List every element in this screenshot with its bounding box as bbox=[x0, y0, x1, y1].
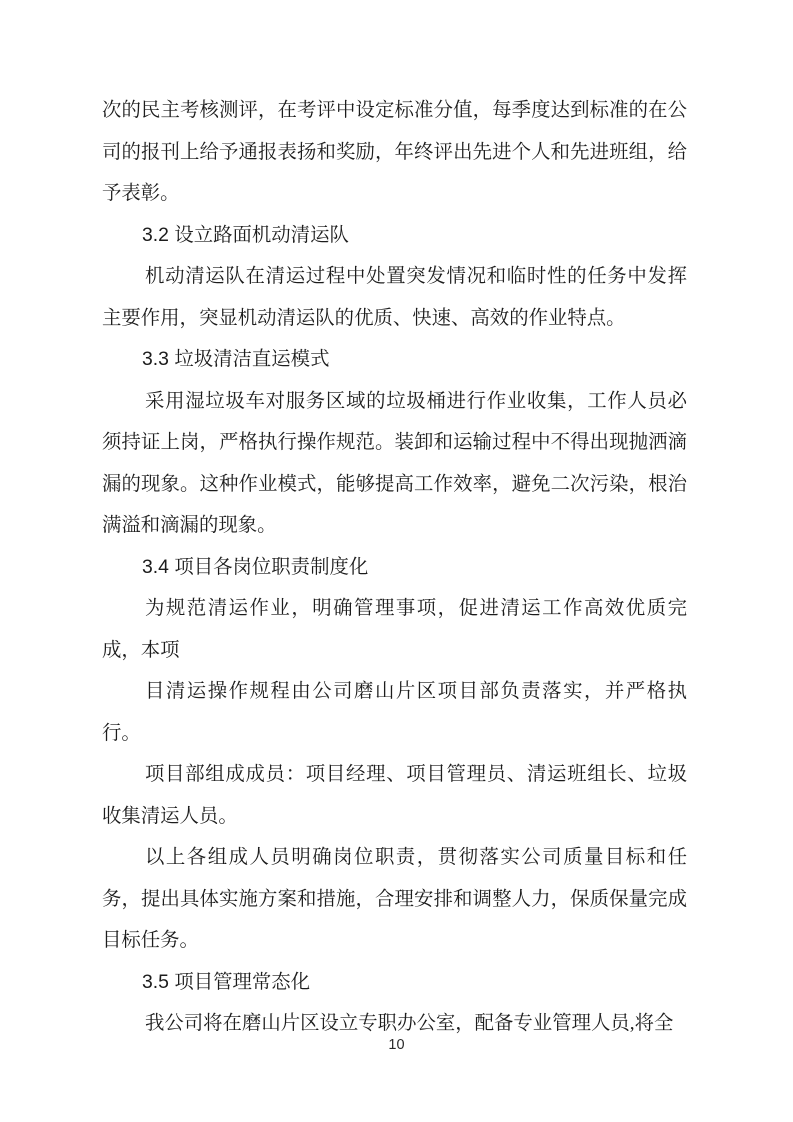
page-number: 10 bbox=[0, 1036, 793, 1054]
section-heading: 3.5 项目管理常态化 bbox=[102, 962, 687, 1004]
paragraph: 次的民主考核测评，在考评中设定标准分值，每季度达到标准的在公司的报刊上给予通报表… bbox=[102, 90, 687, 215]
section-heading: 3.4 项目各岗位职责制度化 bbox=[102, 547, 687, 589]
paragraph: 项目部组成成员：项目经理、项目管理员、清运班组长、垃圾收集清运人员。 bbox=[102, 754, 687, 837]
paragraph: 采用湿垃圾车对服务区域的垃圾桶进行作业收集，工作人员必须持证上岗，严格执行操作规… bbox=[102, 381, 687, 547]
document-page: 次的民主考核测评，在考评中设定标准分值，每季度达到标准的在公司的报刊上给予通报表… bbox=[0, 0, 793, 1122]
page-body: 次的民主考核测评，在考评中设定标准分值，每季度达到标准的在公司的报刊上给予通报表… bbox=[102, 90, 687, 1045]
section-heading: 3.2 设立路面机动清运队 bbox=[102, 215, 687, 257]
section-heading: 3.3 垃圾清洁直运模式 bbox=[102, 339, 687, 381]
paragraph: 以上各组成人员明确岗位职责，贯彻落实公司质量目标和任务，提出具体实施方案和措施，… bbox=[102, 837, 687, 962]
paragraph: 为规范清运作业，明确管理事项，促进清运工作高效优质完成，本项 bbox=[102, 588, 687, 671]
paragraph: 目清运操作规程由公司磨山片区项目部负责落实，并严格执行。 bbox=[102, 671, 687, 754]
paragraph: 机动清运队在清运过程中处置突发情况和临时性的任务中发挥主要作用，突显机动清运队的… bbox=[102, 256, 687, 339]
